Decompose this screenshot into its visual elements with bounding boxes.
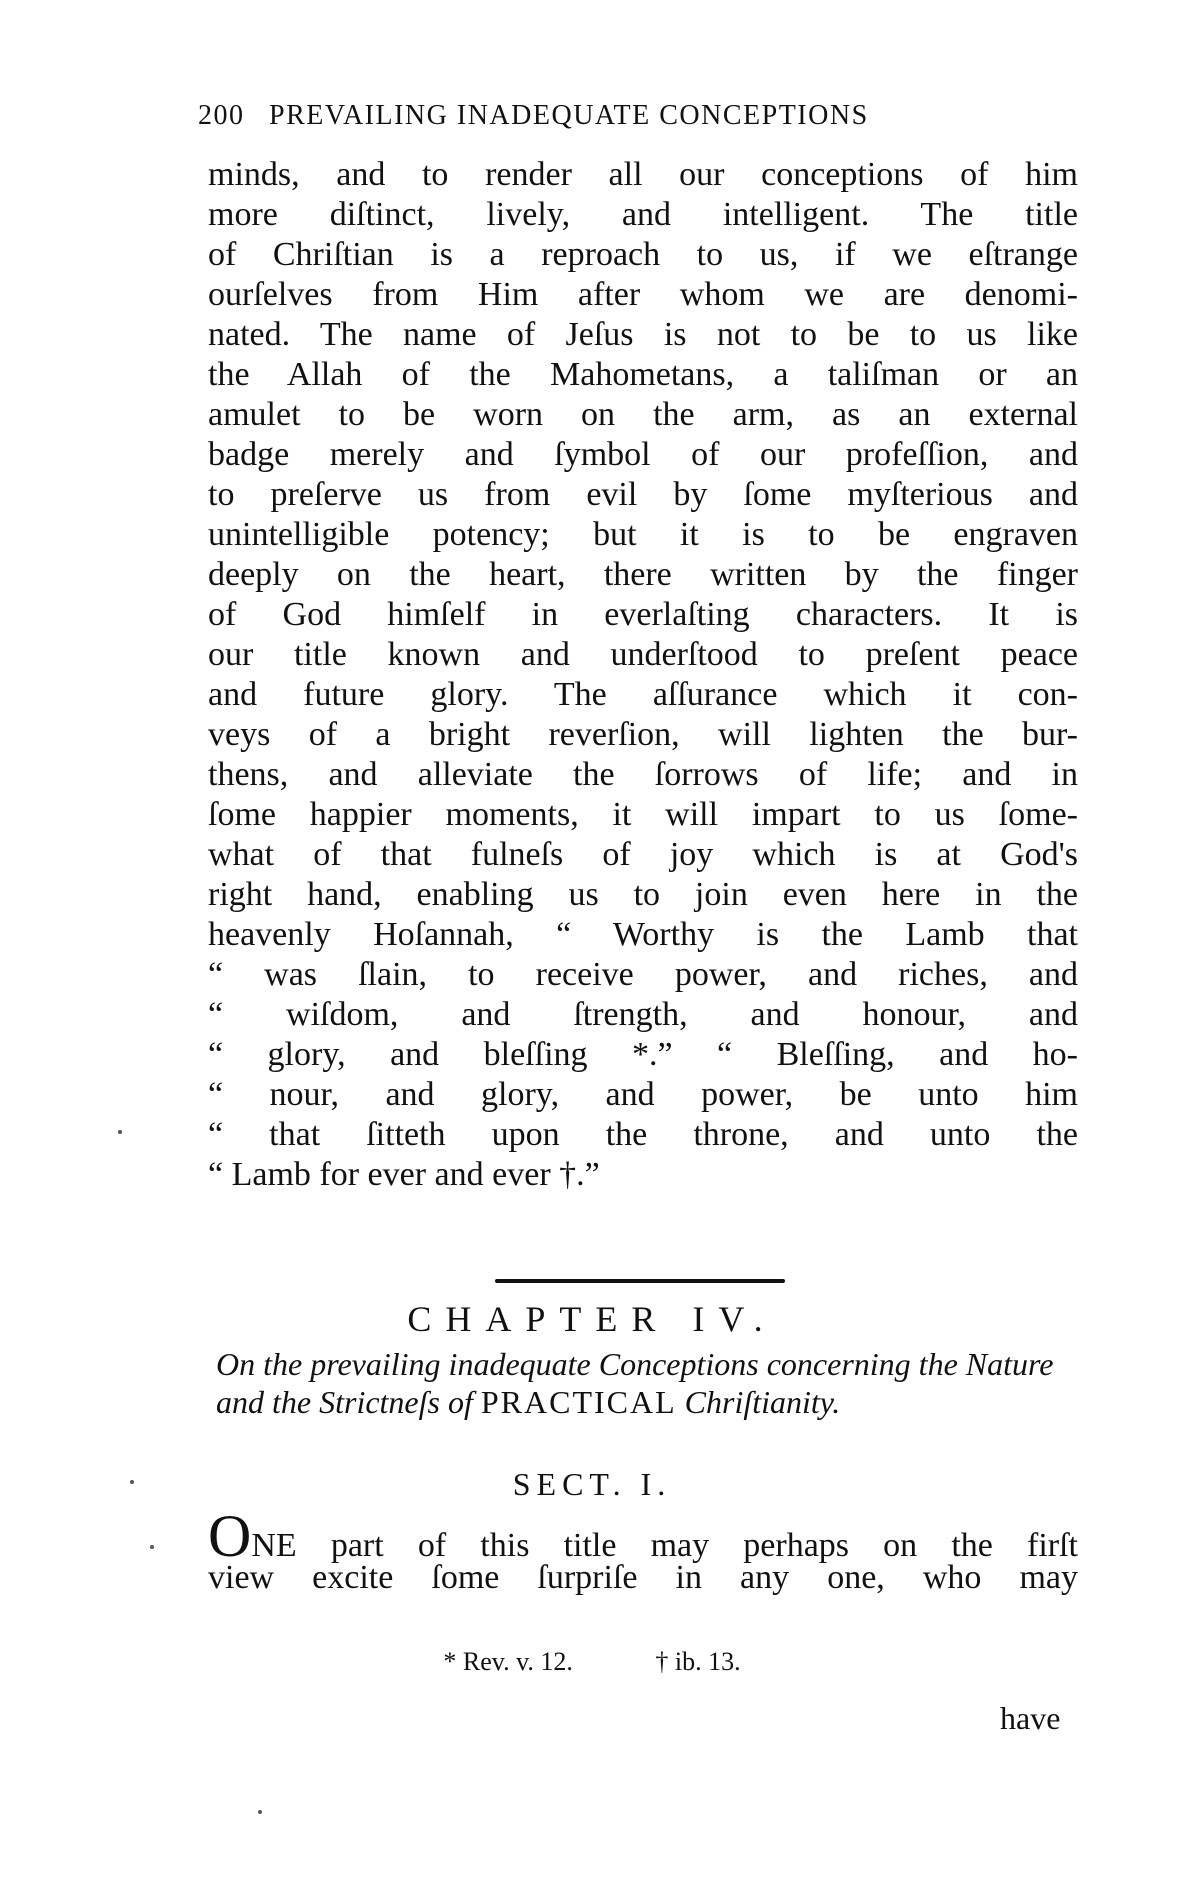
text-line: heavenly Hoſannah, “ Worthy is the Lamb … (208, 915, 1078, 955)
text-line: “ Lamb for ever and ever †.” (208, 1155, 1078, 1195)
text-line: our title known and underſtood to preſen… (208, 635, 1078, 675)
text-line: deeply on the heart, there written by th… (208, 555, 1078, 595)
running-title: PREVAILING INADEQUATE CONCEPTIONS (269, 100, 869, 131)
page-number: 200 (198, 100, 245, 131)
text-line: ourſelves from Him after whom we are den… (208, 275, 1078, 315)
text-line: “ nour, and glory, and power, be unto hi… (208, 1075, 1078, 1115)
text-line: ſome happier moments, it will impart to … (208, 795, 1078, 835)
text-line: “ glory, and bleſſing *.” “ Bleſſing, an… (208, 1035, 1078, 1075)
scan-speck (130, 1480, 134, 1484)
text-line: “ was ſlain, to receive power, and riche… (208, 955, 1078, 995)
footnotes: * Rev. v. 12. † ib. 13. (0, 1647, 1184, 1677)
subtitle-smallcaps: PRACTICAL (481, 1384, 677, 1420)
chapter-subtitle: On the prevailing inadequate Conceptions… (216, 1345, 1086, 1421)
text-line: “ that ſitteth upon the throne, and unto… (208, 1115, 1078, 1155)
chapter-heading: CHAPTER IV. (0, 1298, 1184, 1340)
text-line: ONE part of this title may perhaps on th… (208, 1515, 1078, 1557)
catchword: have (1000, 1700, 1060, 1737)
scan-speck (258, 1810, 262, 1814)
text-line: to preſerve us from evil by ſome myſteri… (208, 475, 1078, 515)
text-line: right hand, enabling us to join even her… (208, 875, 1078, 915)
text-line: nated. The name of Jeſus is not to be to… (208, 315, 1078, 355)
text-line: thens, and alleviate the ſorrows of life… (208, 755, 1078, 795)
text-line: minds, and to render all our conceptions… (208, 155, 1078, 195)
text-line: view excite ſome ſurpriſe in any one, wh… (208, 1557, 1078, 1599)
text-line: veys of a bright reverſion, will lighten… (208, 715, 1078, 755)
text-line: and future glory. The aſſurance which it… (208, 675, 1078, 715)
text-line: more diſtinct, lively, and intelligent. … (208, 195, 1078, 235)
text-line: amulet to be worn on the arm, as an exte… (208, 395, 1078, 435)
section-heading: SECT. I. (0, 1466, 1184, 1503)
chapter-divider-rule (495, 1279, 785, 1283)
scan-speck (118, 1130, 122, 1134)
opening-paragraph: ONE part of this title may perhaps on th… (208, 1515, 1078, 1599)
text-line: of Chriſtian is a reproach to us, if we … (208, 235, 1078, 275)
text-line: “ wiſdom, and ſtrength, and honour, and (208, 995, 1078, 1035)
text-line: the Allah of the Mahometans, a taliſman … (208, 355, 1078, 395)
text-line: of God himſelf in everlaſting characters… (208, 595, 1078, 635)
text-line: what of that fulneſs of joy which is at … (208, 835, 1078, 875)
footnote: * Rev. v. 12. (443, 1647, 573, 1676)
book-page: 200 PREVAILING INADEQUATE CONCEPTIONS mi… (0, 0, 1184, 1888)
footnote: † ib. 13. (655, 1647, 740, 1676)
body-text: minds, and to render all our conceptions… (208, 155, 1078, 1195)
running-head: 200 PREVAILING INADEQUATE CONCEPTIONS (198, 100, 869, 132)
scan-speck (150, 1545, 154, 1549)
subtitle-end: Chriſtianity. (685, 1384, 841, 1420)
text-line: badge merely and ſymbol of our profeſſio… (208, 435, 1078, 475)
text-line: unintelligible potency; but it is to be … (208, 515, 1078, 555)
